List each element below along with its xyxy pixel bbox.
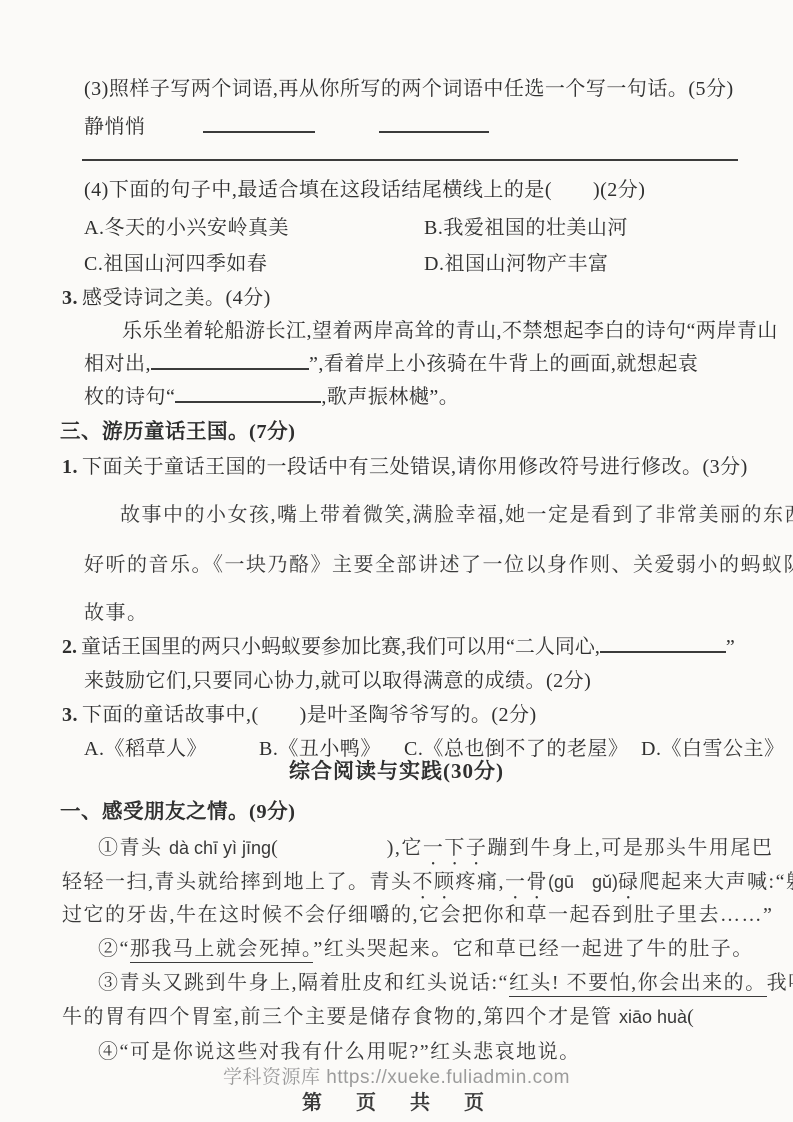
poem-line-2: 相对出,”,看着岸上小孩骑在牛背上的画面,就想起袁 (84, 347, 698, 376)
p1-text: 蹦到牛身上,可是那头牛用尾巴 (487, 837, 773, 859)
poem-line2-post: ”,看着岸上小孩骑在牛背上的画面,就想起袁 (309, 353, 698, 375)
passage-p1-line3: 过它的牙齿,牛在这时候不会仔细嚼的,它会把你和草一起吞到肚子里去……” (62, 898, 773, 927)
pinyin-xiao-hua: xiāo huà (619, 1007, 687, 1027)
q3-3-prompt: (3)照样子写两个词语,再从你所写的两个词语中任选一个写一句话。(5分) (84, 72, 734, 101)
s3-q2-text: 童话王国里的两只小蚂蚁要参加比赛,我们可以用“二人同心, (81, 636, 600, 658)
q3-4-options-row2: C.祖国山河四季如春 D.祖国山河物产丰富 (84, 247, 761, 276)
p3-text: 我听说 (767, 972, 793, 994)
pinyin-gu-gu: (gū gǔ) (548, 872, 618, 892)
s3-q3-prompt-row: 3.下面的童话故事中,( )是叶圣陶爷爷写的。(2分) (62, 698, 537, 727)
poem-blank-2 (175, 380, 321, 403)
s3-q1-prompt: 下面关于童话王国的一段话中有三处错误,请你用修改符号进行修改。(3分) (82, 456, 748, 478)
poem-line3-post: ,歌声振林樾”。 (321, 386, 459, 408)
option-c: C.祖国山河四季如春 (84, 253, 267, 275)
s3-q1-para-line1: 故事中的小女孩,嘴上带着微笑,满脸幸福,她一定是看到了非常美丽的东西, (120, 498, 793, 527)
p1-text: 疼痛, (456, 871, 506, 893)
s3-q1-prompt-row: 1.下面关于童话王国的一段话中有三处错误,请你用修改符号进行修改。(3分) (62, 450, 748, 479)
poem-line-1: 乐乐坐着轮船游长江,望着两岸高耸的青山,不禁想起李白的诗句“两岸青山 (122, 314, 778, 343)
p1-paren-blank: ( ),它 (271, 837, 423, 859)
s3-q2-line2: 来鼓励它们,只要同心协力,就可以取得满意的成绩。(2分) (84, 664, 591, 693)
passage-p2: ②“那我马上就会死掉。”红头哭起来。它和草已经一起进了牛的肚子。 (98, 932, 754, 961)
p1-text: ①青头 (98, 837, 169, 859)
emphasized-word-bugu: 不顾 (413, 871, 456, 893)
passage-p4: ④“可是你说这些对我有什么用呢?”红头悲哀地说。 (98, 1035, 581, 1064)
option-b: B.我爱祖国的壮美山河 (424, 211, 628, 240)
s3-q1-para-line2: 好听的音乐。《一块乃酪》主要全部讲述了一位以身作则、关爱弱小的蚂蚁队长的 (84, 548, 793, 577)
p3-paren-blank: ( )的!” (687, 1006, 793, 1028)
p2-text: ②“ (98, 938, 130, 960)
passage-p3-line1: ③青头又跳到牛身上,隔着肚皮和红头说话:“红头! 不要怕,你会出来的。我听说 (98, 966, 793, 995)
p1-text: 爬起来大声喊:“躲 (640, 871, 793, 893)
section-divider (82, 159, 738, 161)
p3-text: 牛的胃有四个胃室,前三个主要是储存食物的,第四个才是管 (62, 1006, 619, 1028)
s3-q2-blank (600, 630, 726, 653)
emphasized-word-yigu: 一骨 (505, 871, 548, 893)
q3-4-prompt: (4)下面的句子中,最适合填在这段话结尾横线上的是( )(2分) (84, 173, 645, 202)
q-poem-title-row: 3.感受诗词之美。(4分) (62, 281, 271, 310)
pinyin-da-chi-yi-jing: dà chī yì jīng (169, 838, 271, 858)
reading-q1-heading: 一、感受朋友之情。(9分) (60, 794, 295, 824)
reading-section-banner: 综合阅读与实践(30分) (0, 755, 793, 785)
s3-q3-prompt: 下面的童话故事中,( )是叶圣陶爷爷写的。(2分) (82, 704, 537, 726)
example-word: 静悄悄 (84, 116, 146, 138)
question-number: 3. (62, 704, 78, 726)
poem-line2-pre: 相对出, (84, 353, 151, 375)
option-a: A.冬天的小兴安岭真美 (84, 217, 289, 239)
answer-blank-1 (203, 110, 315, 133)
question-number: 1. (62, 456, 78, 478)
q3-4-options-row1: A.冬天的小兴安岭真美 B.我爱祖国的壮美山河 (84, 211, 761, 240)
s3-q2-line1: 2.童话王国里的两只小蚂蚁要参加比赛,我们可以用“二人同心,” (62, 630, 735, 659)
answer-blank-2 (379, 110, 489, 133)
q-poem-title: 感受诗词之美。(4分) (82, 287, 271, 309)
option-d: D.祖国山河物产丰富 (424, 247, 608, 276)
footer-page-label: 第 页 共 页 (0, 1086, 793, 1115)
q3-3-example-row: 静悄悄 (84, 110, 489, 139)
footer-source-watermark: 学科资源库 https://xueke.fuliadmin.com (0, 1062, 793, 1089)
p1-text: 轻轻一扫,青头就给摔到地上了。青头 (62, 871, 413, 893)
exam-paper-page: (3)照样子写两个词语,再从你所写的两个词语中任选一个写一句话。(5分) 静悄悄… (0, 0, 793, 1122)
s3-q2-close-quote: ” (726, 636, 735, 658)
question-number: 2. (62, 636, 77, 658)
poem-blank-1 (151, 347, 309, 370)
section3-heading: 三、游历童话王国。(7分) (60, 414, 295, 444)
emphasized-word-lu: 碌 (618, 871, 640, 893)
s3-q1-para-line3: 故事。 (84, 596, 149, 625)
poem-line3-pre: 枚的诗句“ (84, 386, 175, 408)
passage-p3-line2: 牛的胃有四个胃室,前三个主要是储存食物的,第四个才是管 xiāo huà( )的… (62, 1000, 793, 1029)
question-number: 3. (62, 287, 78, 309)
underlined-sentence-1: 那我马上就会死掉。 (130, 938, 314, 963)
p3-text: ③青头又跳到牛身上,隔着肚皮和红头说话:“ (98, 972, 509, 994)
underlined-sentence-2: 红头! 不要怕,你会出来的。 (509, 972, 767, 997)
emphasized-word-yixiazi: 一下子 (423, 837, 488, 859)
poem-line-3: 枚的诗句“,歌声振林樾”。 (84, 380, 459, 409)
p2-text: ”红头哭起来。它和草已经一起进了牛的肚子。 (313, 938, 753, 960)
